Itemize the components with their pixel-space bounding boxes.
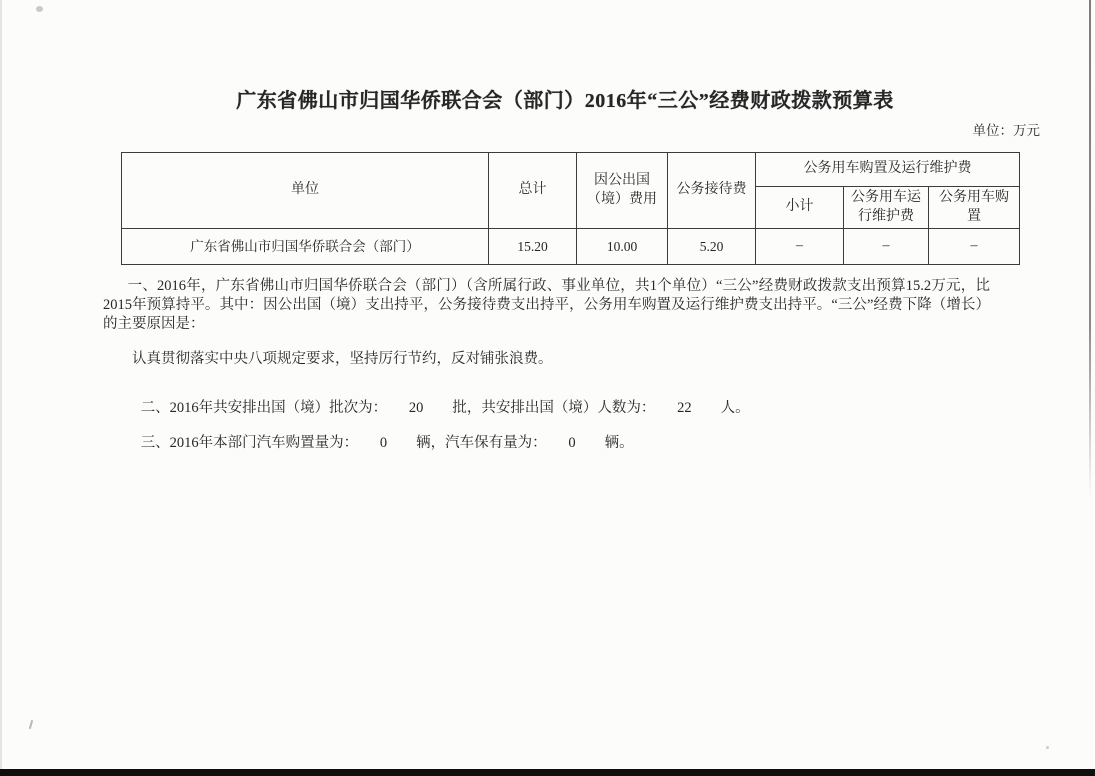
scanned-budget-document: 广东省佛山市归国华侨联合会（部门）2016年“三公”经费财政拨款预算表 单位：万… xyxy=(0,0,1095,776)
cell-vehicle-operation: – xyxy=(844,229,929,265)
note-paragraph-3: 二、2016年共安排出国（境）批次为： 20 批，共安排出国（境）人数为： 22… xyxy=(103,399,990,418)
scan-speck-top-left xyxy=(36,6,43,12)
cell-abroad: 10.00 xyxy=(577,229,668,265)
page-title: 广东省佛山市归国华侨联合会（部门）2016年“三公”经费财政拨款预算表 xyxy=(120,84,1010,113)
cell-vehicle-subtotal: – xyxy=(756,229,844,265)
col-header-vehicle-purchase: 公务用车购置 xyxy=(929,187,1020,229)
unit-of-measure-note: 单位：万元 xyxy=(973,119,1041,139)
note-paragraph-1: 一、2016年，广东省佛山市归国华侨联合会（部门）（含所属行政、事业单位，共1个… xyxy=(103,277,990,334)
col-header-abroad: 因公出国（境）费用 xyxy=(577,153,668,229)
col-header-vehicle-subtotal: 小计 xyxy=(756,187,844,229)
scan-speck-bottom-left xyxy=(29,720,33,729)
col-header-vehicle-operation: 公务用车运行维护费 xyxy=(844,187,929,229)
cell-vehicle-purchase: – xyxy=(929,229,1020,265)
table-header-row-1: 单位 总计 因公出国（境）费用 公务接待费 公务用车购置及运行维护费 xyxy=(122,153,1020,187)
note-paragraph-2: 认真贯彻落实中央八项规定要求，坚持厉行节约，反对铺张浪费。 xyxy=(103,350,990,369)
scan-edge-right-line xyxy=(1089,0,1091,500)
table-row: 广东省佛山市归国华侨联合会（部门） 15.20 10.00 5.20 – – – xyxy=(122,229,1020,265)
scan-speck-bottom-right xyxy=(1046,746,1049,749)
cell-reception: 5.20 xyxy=(668,229,756,265)
budget-table: 单位 总计 因公出国（境）费用 公务接待费 公务用车购置及运行维护费 小计 公务… xyxy=(121,152,1019,265)
col-header-total: 总计 xyxy=(489,153,577,229)
col-header-unit: 单位 xyxy=(122,153,489,229)
cell-total: 15.20 xyxy=(489,229,577,265)
scan-edge-left-line xyxy=(0,0,2,776)
note-paragraph-4: 三、2016年本部门汽车购置量为： 0 辆，汽车保有量为： 0 辆。 xyxy=(103,434,990,453)
col-header-vehicle-group: 公务用车购置及运行维护费 xyxy=(756,153,1020,187)
cell-unit-name: 广东省佛山市归国华侨联合会（部门） xyxy=(122,229,489,265)
scan-edge-bottom-bar xyxy=(0,769,1095,776)
col-header-reception: 公务接待费 xyxy=(668,153,756,229)
